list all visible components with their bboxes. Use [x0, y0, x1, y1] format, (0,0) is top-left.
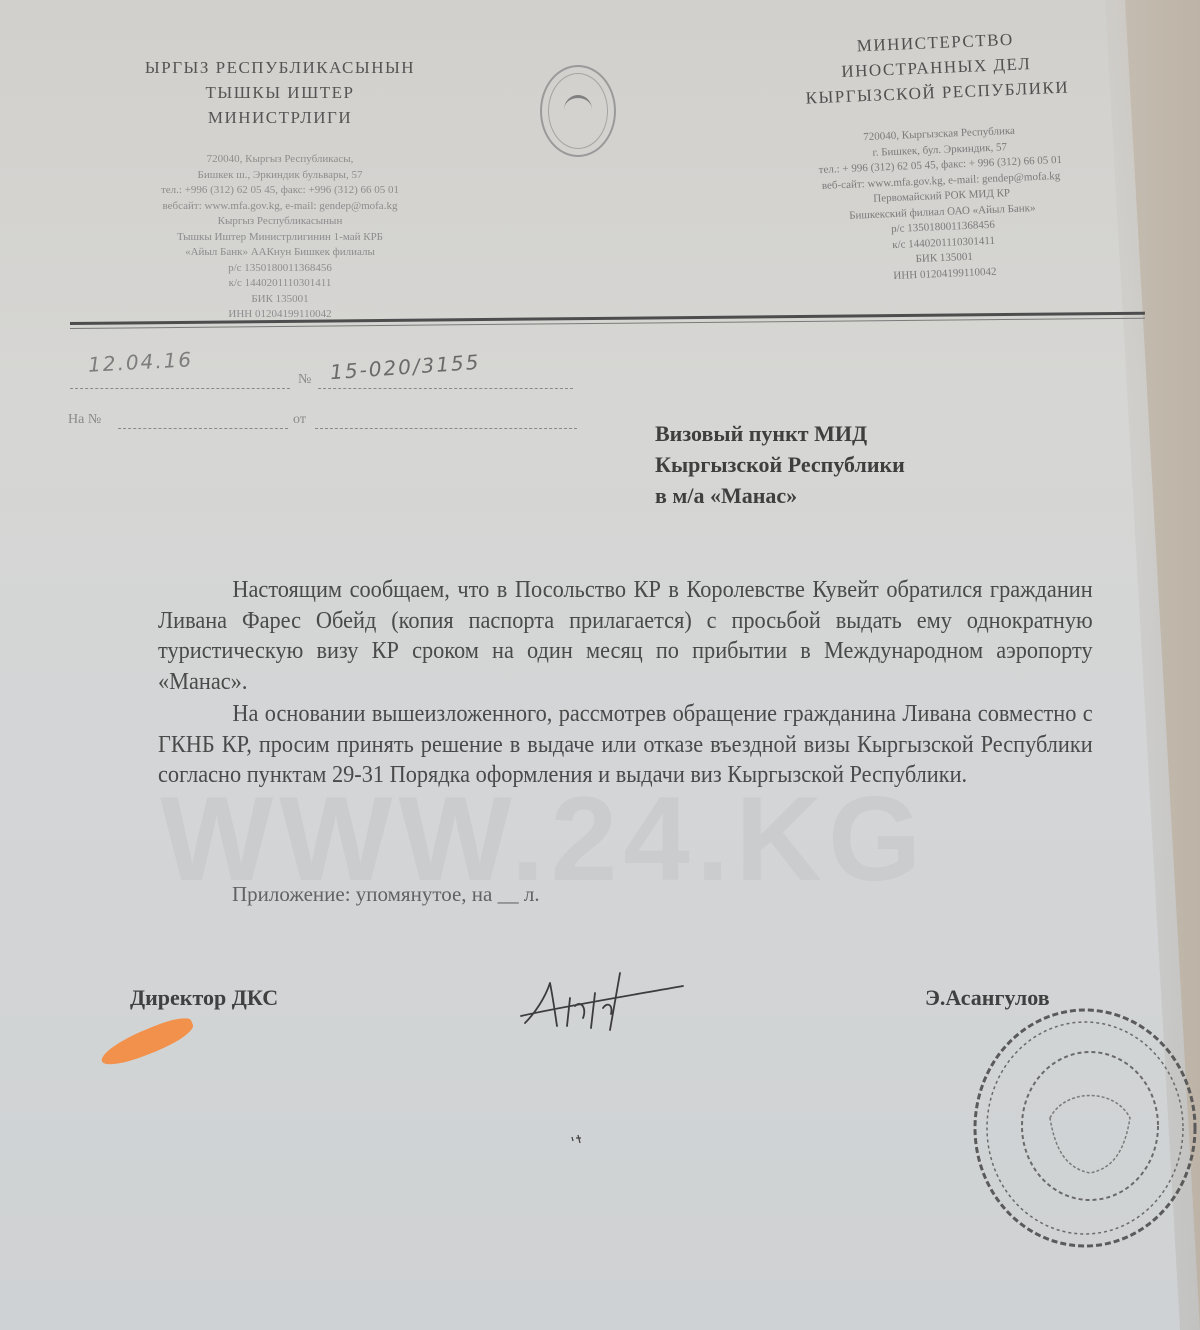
body-paragraph-2: На основании вышеизложенного, рассмотрев…: [158, 699, 1093, 791]
number-label: №: [298, 372, 311, 388]
letterhead-left-detail: р/с 1350180011368456: [70, 261, 490, 277]
letter-body: Настоящим сообщаем, что в Посольство КР …: [158, 575, 1093, 791]
state-emblem-icon: [540, 65, 616, 157]
letterhead-left-title-3: МИНИСТРЛИГИ: [70, 105, 490, 130]
letterhead-left: ЫРГЫЗ РЕСПУБЛИКАСЫНЫН ТЫШКЫ ИШТЕР МИНИСТ…: [70, 55, 490, 323]
letterhead-left-detail: вебсайт: www.mfa.gov.kg, e-mail: gendep@…: [70, 199, 490, 215]
letterhead-left-detail: БИК 135001: [70, 292, 490, 308]
letterhead-left-detail: Кыргыз Республикасынын: [70, 214, 490, 230]
letterhead-left-detail: Тышкы Иштер Министрлигинин 1-май КРБ: [70, 230, 490, 246]
from-label: от: [293, 412, 306, 428]
handwritten-signature-icon: [515, 968, 695, 1043]
letterhead-left-title-2: ТЫШКЫ ИШТЕР: [70, 80, 490, 105]
letterhead-left-title-1: ЫРГЫЗ РЕСПУБЛИКАСЫНЫН: [70, 55, 490, 80]
body-paragraph-1: Настоящим сообщаем, что в Посольство КР …: [158, 575, 1093, 697]
reply-to-label: На №: [68, 412, 101, 428]
letterhead-left-detail: тел.: +996 (312) 62 05 45, факс: +996 (3…: [70, 183, 490, 199]
addressee-block: Визовый пункт МИД Кыргызской Республики …: [655, 418, 905, 511]
date-dotted-line: [70, 388, 290, 389]
official-seal-icon: [965, 998, 1200, 1263]
letterhead-right: МИНИСТЕРСТВО ИНОСТРАННЫХ ДЕЛ КЫРГЫЗСКОЙ …: [745, 22, 1135, 290]
signatory-title: Директор ДКС: [130, 985, 278, 1011]
emblem-mountain-shape: [564, 95, 592, 124]
attachment-note: Приложение: упомянутое, на __ л.: [232, 882, 540, 907]
addressee-line-1: Визовый пункт МИД: [655, 418, 905, 449]
letterhead-left-detail: 720040, Кыргыз Республикасы,: [70, 152, 490, 168]
reply-to-dotted-line: [118, 428, 288, 429]
addressee-line-3: в м/а «Манас»: [655, 480, 905, 511]
number-dotted-line: [318, 388, 573, 389]
from-dotted-line: [315, 428, 577, 429]
addressee-line-2: Кыргызской Республики: [655, 449, 905, 480]
letterhead-left-detail: «Айыл Банк» ААКнун Бишкек филиалы: [70, 245, 490, 261]
ink-specks: [570, 1125, 600, 1160]
letterhead-left-detail: Бишкек ш., Эркиндик бульвары, 57: [70, 168, 490, 184]
letterhead-left-detail: к/с 1440201110301411: [70, 276, 490, 292]
